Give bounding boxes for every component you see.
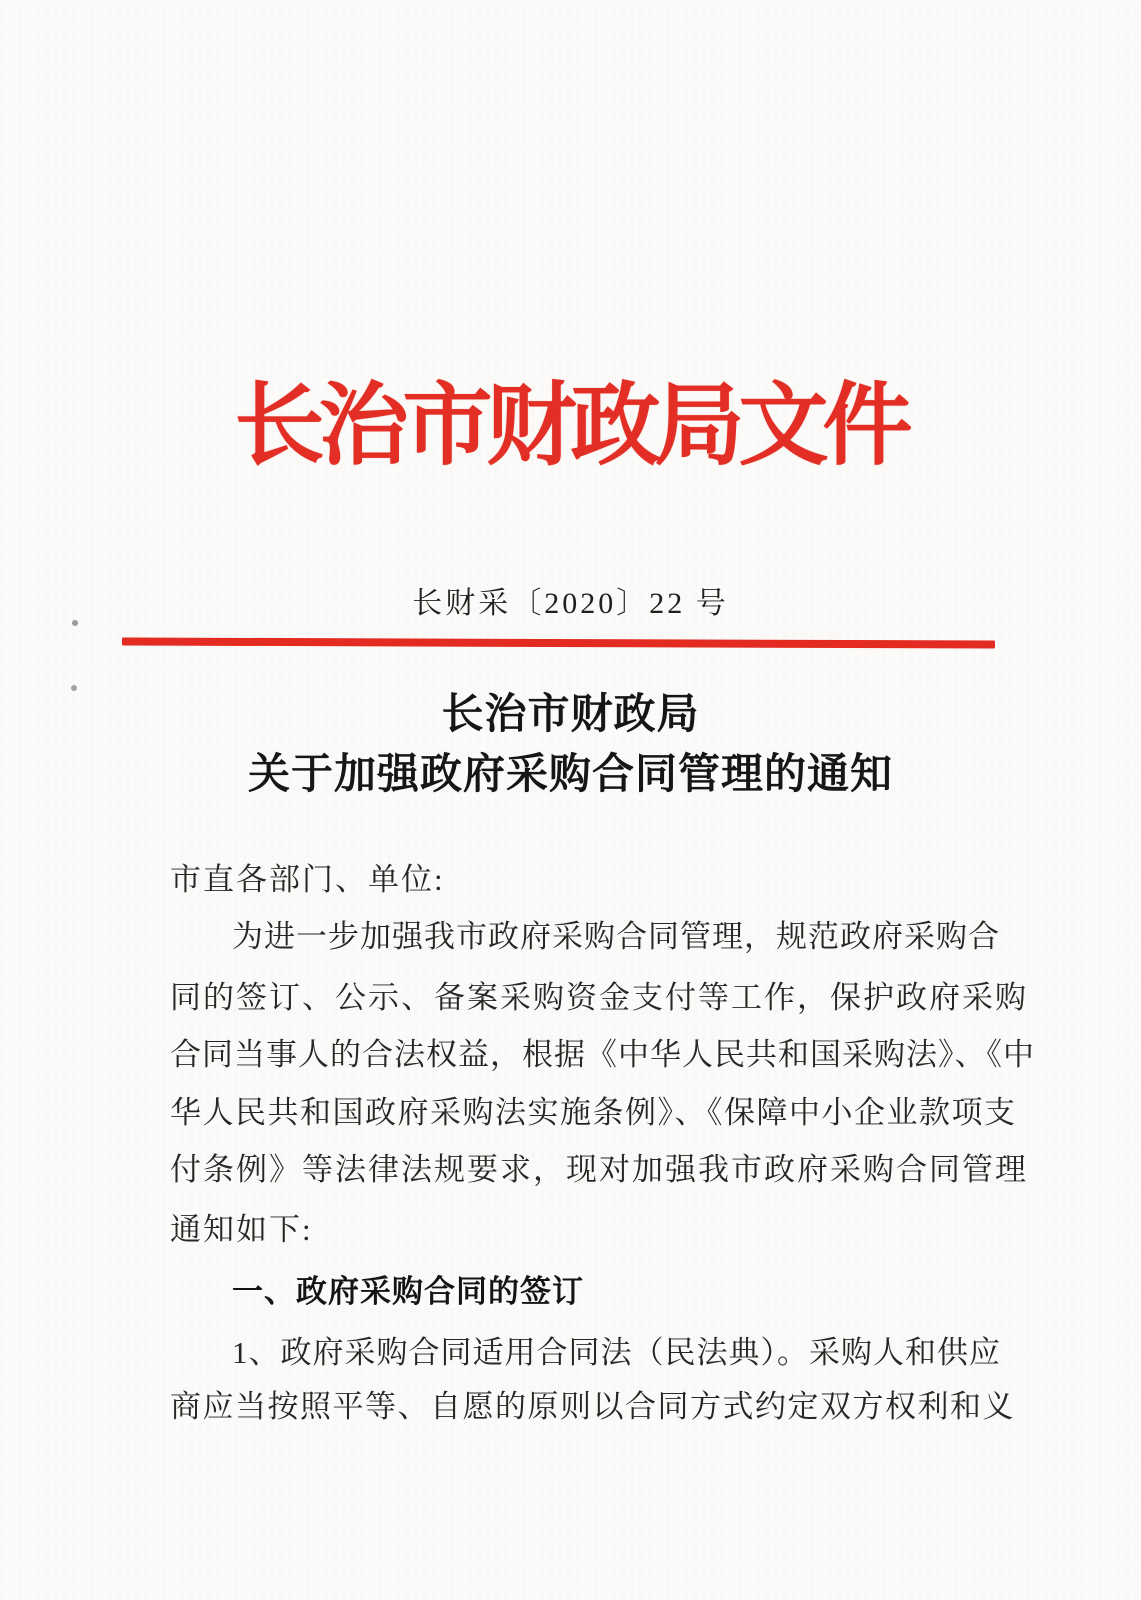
agency-banner-title: 长治市财政局文件: [0, 380, 1141, 475]
red-divider-line: [122, 637, 995, 648]
doc-title-line-2: 关于加强政府采购合同管理的通知: [0, 750, 1141, 800]
scan-speck-1: [72, 620, 78, 626]
document-page: 长治市财政局文件 长财采〔2020〕22 号 长治市财政局 关于加强政府采购合同…: [0, 0, 1141, 1600]
salutation-line: 市直各部门、单位:: [170, 860, 980, 900]
body-line-9: 商应当按照平等、自愿的原则以合同方式约定双方权利和义: [170, 1387, 980, 1427]
body-line-6: 通知如下:: [170, 1210, 980, 1250]
doc-title-line-1: 长治市财政局: [0, 690, 1141, 740]
section-1-heading: 一、政府采购合同的签订: [170, 1272, 1042, 1312]
body-line-3: 合同当事人的合法权益，根据《中华人民共和国采购法》、《中: [170, 1035, 980, 1075]
body-line-8: 1、政府采购合同适用合同法（民法典）。采购人和供应: [170, 1333, 1042, 1373]
body-line-1: 为进一步加强我市政府采购合同管理，规范政府采购合: [170, 917, 1042, 957]
body-line-2: 同的签订、公示、备案采购资金支付等工作，保护政府采购: [170, 978, 980, 1018]
doc-number: 长财采〔2020〕22 号: [0, 578, 1141, 622]
body-line-5: 付条例》等法律法规要求，现对加强我市政府采购合同管理: [170, 1150, 980, 1190]
body-line-4: 华人民共和国政府采购法实施条例》、《保障中小企业款项支: [170, 1093, 980, 1133]
scan-speck-2: [71, 685, 77, 691]
